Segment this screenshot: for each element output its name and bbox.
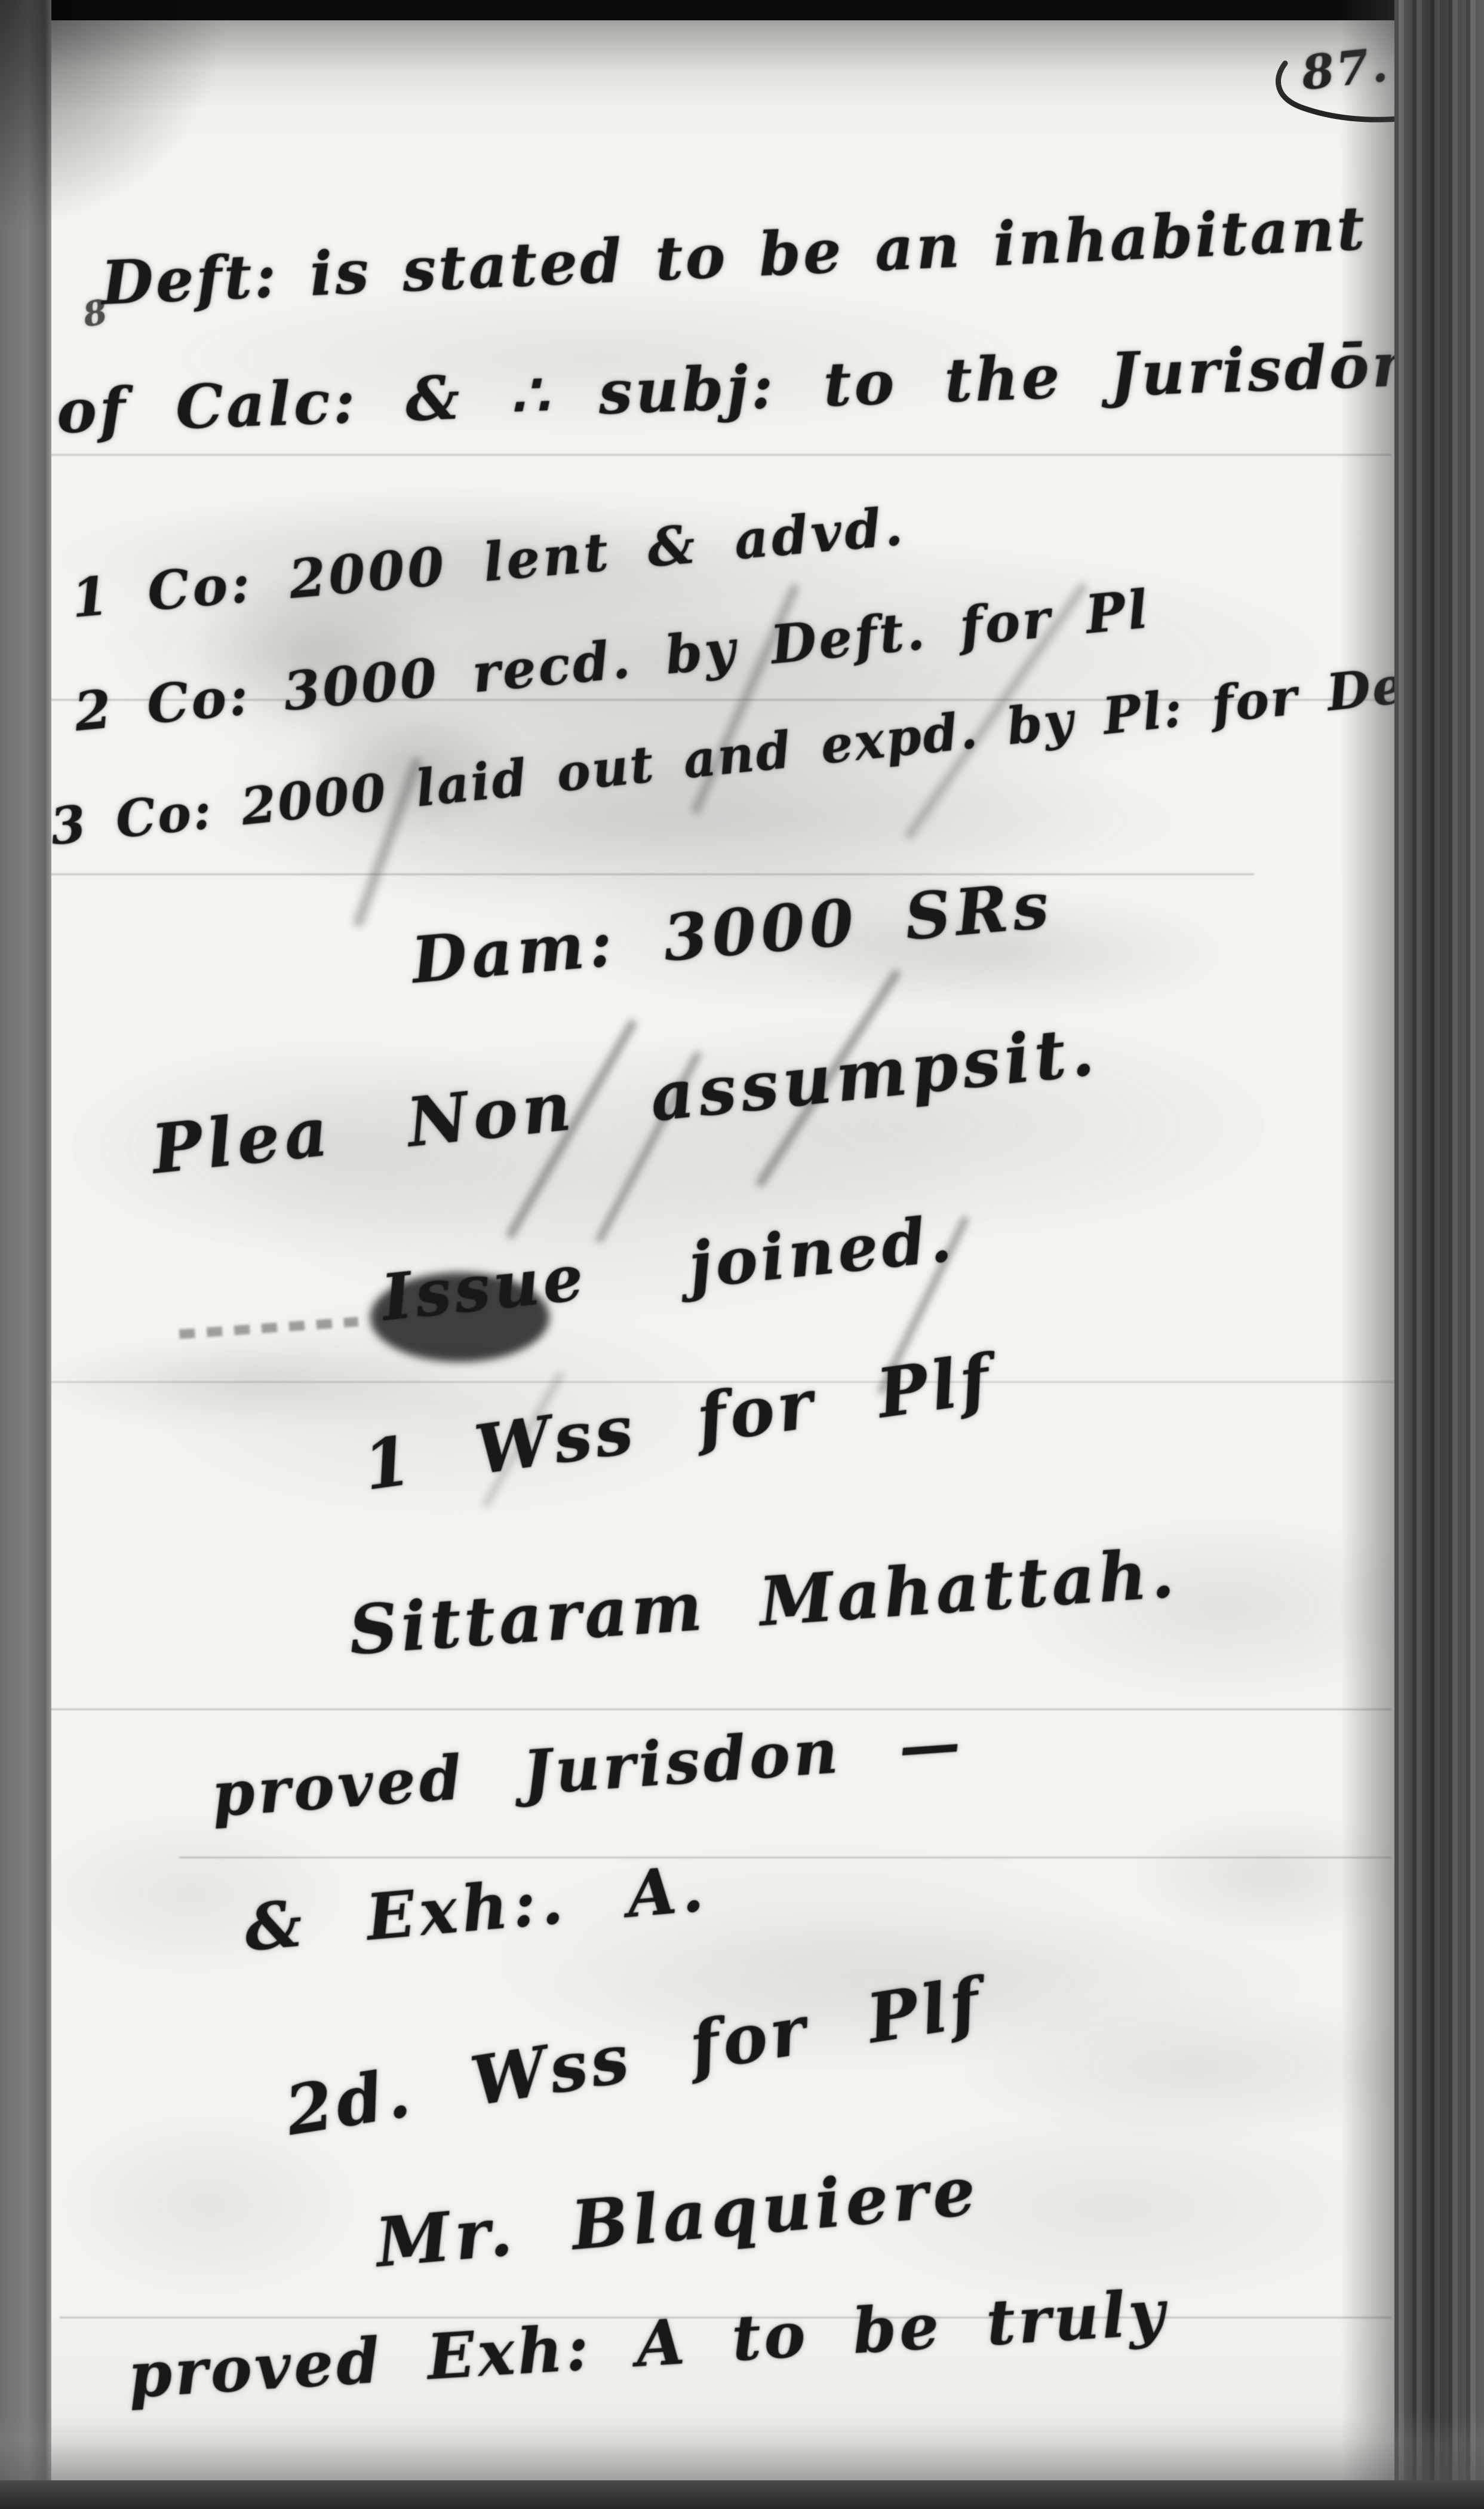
scan-streak [0,873,1254,875]
scan-edge-left [0,0,51,2509]
ink-bleedthrough-smudge [36,1338,466,1428]
scan-edge-bottom-shadow [0,2415,1484,2480]
scan-corner-shadow [0,0,251,227]
scan-streak [0,454,1391,456]
scan-streak [0,1709,1391,1710]
binding-edge [1394,0,1484,2509]
scan-streak [179,1857,1391,1858]
binding-shadow [1341,0,1394,2509]
scan-edge-bottom [0,2480,1484,2509]
manuscript-scan-page: 8 Deft: is stated to be an inhabitant of… [0,0,1484,2509]
